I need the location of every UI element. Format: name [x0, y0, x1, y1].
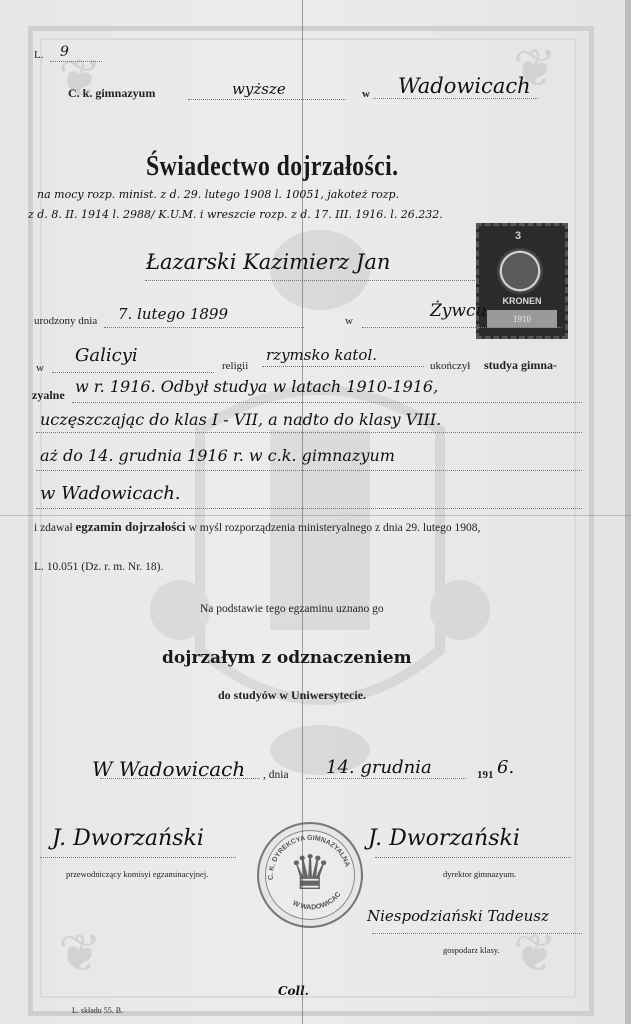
student-name: Łazarski Kazimierz Jan [146, 250, 390, 274]
page-edge [625, 0, 631, 1024]
director-signature: J. Dworzański [368, 826, 520, 851]
verdict-intro: Na podstawie tego egzaminu uznano go [200, 603, 384, 615]
school-seal: ♛ C. K. DYREKCYA GIMNAZYALNA W WADOWICAC… [257, 822, 363, 928]
corner-ornament-icon: ❦ [50, 925, 110, 985]
studies-line-4: w Wadowicach. [40, 483, 181, 504]
field-line [104, 327, 304, 328]
corner-ornament-icon: ❦ [505, 925, 565, 985]
number-value: 9 [60, 44, 69, 60]
school-type: wyższe [232, 80, 286, 98]
field-line [36, 508, 582, 509]
completed-studies-cont: zyalne [32, 388, 65, 403]
location-prefix: w [362, 88, 370, 100]
region: Galicyi [75, 345, 138, 366]
field-line [188, 99, 346, 100]
field-line [50, 61, 102, 62]
collation-note: Coll. [278, 984, 309, 998]
exam-statement: i zdawał egzamin dojrzałości w myśl rozp… [34, 519, 480, 535]
field-line [72, 402, 582, 403]
paper-fold [302, 0, 303, 1024]
form-number: L. składu 55. B. [72, 1006, 123, 1015]
school-label: C. k. gimnazyum [68, 86, 155, 101]
corner-ornament-icon: ❦ [50, 50, 110, 110]
dated-year-printed: 191 [477, 769, 494, 781]
emperor-portrait-icon [497, 248, 543, 294]
annotation-line-2: z d. 8. II. 1914 l. 2988/ K.U.M. i wresz… [28, 208, 443, 221]
exam-name: egzamin dojrzałości [76, 519, 186, 534]
born-label: urodzony dnia [34, 315, 97, 327]
field-line [362, 327, 562, 328]
completed-text: ukończył [430, 360, 470, 372]
field-line [262, 366, 424, 367]
studies-line-3: aż do 14. grudnia 1916 r. w c.k. gimnazy… [40, 446, 395, 465]
exam-prefix: i zdawał [34, 522, 73, 534]
stamp-year: 1910 [487, 310, 557, 328]
chair-signature: J. Dworzański [52, 826, 204, 851]
born-in-label: w [345, 315, 353, 327]
religion-label: religii [222, 360, 248, 372]
studies-line-1: w r. 1916. Odbył studya w latach 1910-19… [75, 377, 438, 396]
dated-year-handwritten: 6. [497, 757, 514, 778]
exam-reference: L. 10.051 (Dz. r. m. Nr. 18). [34, 561, 163, 573]
field-line [52, 372, 214, 373]
chair-title: przewodniczący komisyi egzaminacyjnej. [66, 869, 208, 879]
studies-line-2: uczęszczając do klas I - VII, a nadto do… [40, 410, 441, 429]
stamp-currency: KRONEN [479, 296, 565, 306]
paper-fold [0, 515, 631, 516]
school-location: Wadowicach [398, 74, 531, 98]
class-master-signature: Niespodziański Tadeusz [367, 907, 549, 925]
field-line [36, 432, 582, 433]
class-master-title: gospodarz klasy. [443, 945, 500, 955]
signature-line [372, 933, 582, 934]
field-line [306, 778, 466, 779]
field-line [100, 778, 260, 779]
dated-day-label: , dnia [263, 769, 289, 781]
stamp-value-top: 3 [515, 230, 521, 242]
field-line [373, 98, 538, 99]
signature-line [40, 857, 236, 858]
birth-date: 7. lutego 1899 [118, 305, 228, 323]
verdict-purpose: do studyów w Uniwersytecie. [218, 688, 366, 703]
religion: rzymsko katol. [266, 346, 377, 364]
revenue-stamp: 3 KRONEN 1910 [476, 223, 568, 339]
signature-line [375, 857, 571, 858]
certificate-page: ❦ ❦ ❦ ❦ L. 9 C. k. gimnazyum wyższe w Wa… [0, 0, 631, 1024]
region-prefix: w [36, 362, 44, 374]
seal-ring: C. K. DYREKCYA GIMNAZYALNA W WADOWICACH [259, 824, 361, 926]
birth-place: Żywcu [430, 301, 486, 321]
number-label: L. [34, 49, 43, 61]
annotation-line-1: na mocy rozp. minist. z d. 29. lutego 19… [37, 188, 399, 201]
field-line [145, 280, 477, 281]
director-title: dyrektor gimnazyum. [443, 869, 516, 879]
exam-text: w myśl rozporządzenia ministeryalnego z … [189, 522, 481, 534]
page-title: Świadectwo dojrzałości. [146, 150, 398, 183]
svg-text:C. K. DYREKCYA GIMNAZYALNA: C. K. DYREKCYA GIMNAZYALNA [268, 835, 351, 880]
dated-date: 14. grudnia [326, 757, 432, 778]
verdict-result: dojrzałym z odznaczeniem [162, 648, 412, 668]
completed-studies: studya gimna- [484, 358, 557, 373]
field-line [36, 470, 582, 471]
